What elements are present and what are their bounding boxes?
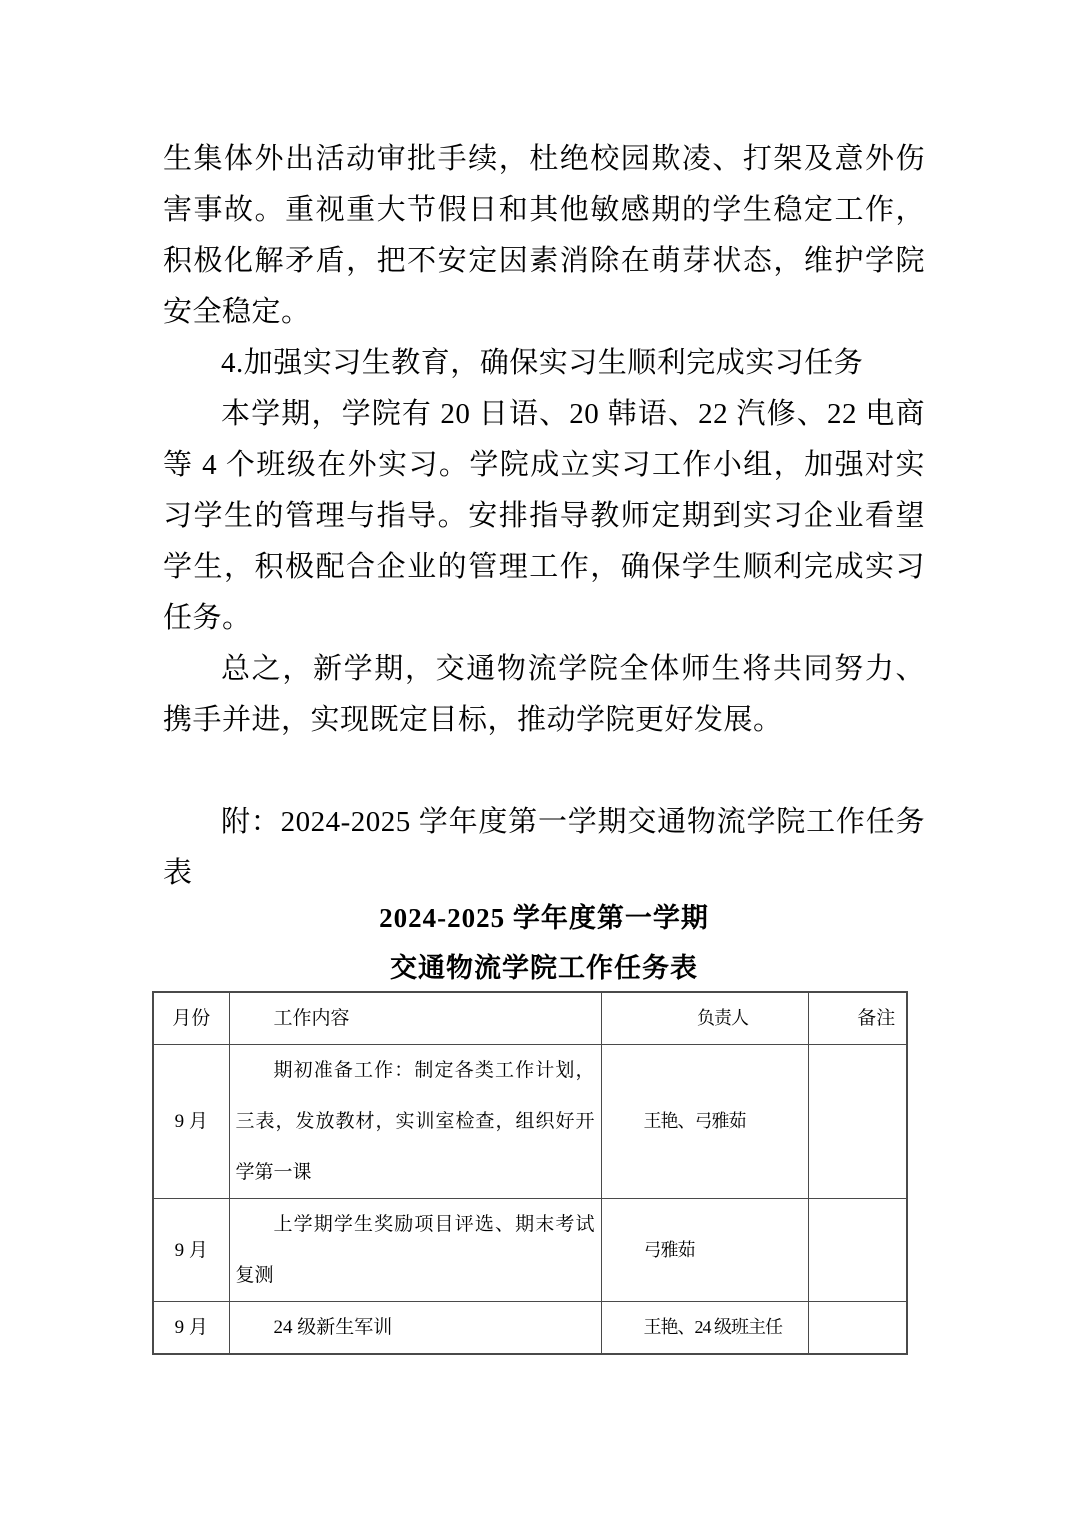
- table-title-line2: 交通物流学院工作任务表: [163, 943, 925, 993]
- table-title-line1: 2024-2025 学年度第一学期: [163, 893, 925, 943]
- task-table: 月份 工作内容 负责人 备注 9 月 期初准备工作：制定各类工作计划，三表，发放…: [152, 991, 908, 1355]
- cell-month: 9 月: [153, 1302, 229, 1355]
- paragraph-internship: 本学期，学院有 20 日语、20 韩语、22 汽修、22 电商等 4 个班级在外…: [163, 389, 925, 644]
- cell-content: 24 级新生军训: [229, 1302, 601, 1355]
- table-row: 9 月 期初准备工作：制定各类工作计划，三表，发放教材，实训室检查，组织好开学第…: [153, 1045, 907, 1199]
- cell-note: [808, 1199, 907, 1302]
- header-cell-month: 月份: [153, 992, 229, 1045]
- table-row: 9 月 24 级新生军训 王艳、24 级班主任: [153, 1302, 907, 1355]
- cell-owner: 弓雅茹: [601, 1199, 808, 1302]
- table-title-block: 2024-2025 学年度第一学期 交通物流学院工作任务表: [163, 893, 925, 993]
- cell-content: 上学期学生奖励项目评选、期末考试复测: [229, 1199, 601, 1302]
- paragraph-heading-4: 4.加强实习生教育，确保实习生顺利完成实习任务: [163, 338, 925, 389]
- blank-line: [163, 746, 925, 797]
- header-cell-content: 工作内容: [229, 992, 601, 1045]
- cell-owner: 王艳、弓雅茹: [601, 1045, 808, 1199]
- cell-month: 9 月: [153, 1045, 229, 1199]
- document-page: 生集体外出活动审批手续，杜绝校园欺凌、打架及意外伤害事故。重视重大节假日和其他敏…: [0, 0, 1075, 1519]
- paragraph-summary: 总之，新学期，交通物流学院全体师生将共同努力、携手并进，实现既定目标，推动学院更…: [163, 644, 925, 746]
- cell-note: [808, 1045, 907, 1199]
- table-row: 9 月 上学期学生奖励项目评选、期末考试复测 弓雅茹: [153, 1199, 907, 1302]
- body-text-block: 生集体外出活动审批手续，杜绝校园欺凌、打架及意外伤害事故。重视重大节假日和其他敏…: [163, 134, 925, 899]
- paragraph-attachment: 附：2024-2025 学年度第一学期交通物流学院工作任务表: [163, 797, 925, 899]
- cell-month: 9 月: [153, 1199, 229, 1302]
- cell-owner: 王艳、24 级班主任: [601, 1302, 808, 1355]
- cell-content: 期初准备工作：制定各类工作计划，三表，发放教材，实训室检查，组织好开学第一课: [229, 1045, 601, 1199]
- header-cell-note: 备注: [808, 992, 907, 1045]
- table-header-row: 月份 工作内容 负责人 备注: [153, 992, 907, 1045]
- header-cell-owner: 负责人: [601, 992, 808, 1045]
- cell-note: [808, 1302, 907, 1355]
- paragraph-continuation: 生集体外出活动审批手续，杜绝校园欺凌、打架及意外伤害事故。重视重大节假日和其他敏…: [163, 134, 925, 338]
